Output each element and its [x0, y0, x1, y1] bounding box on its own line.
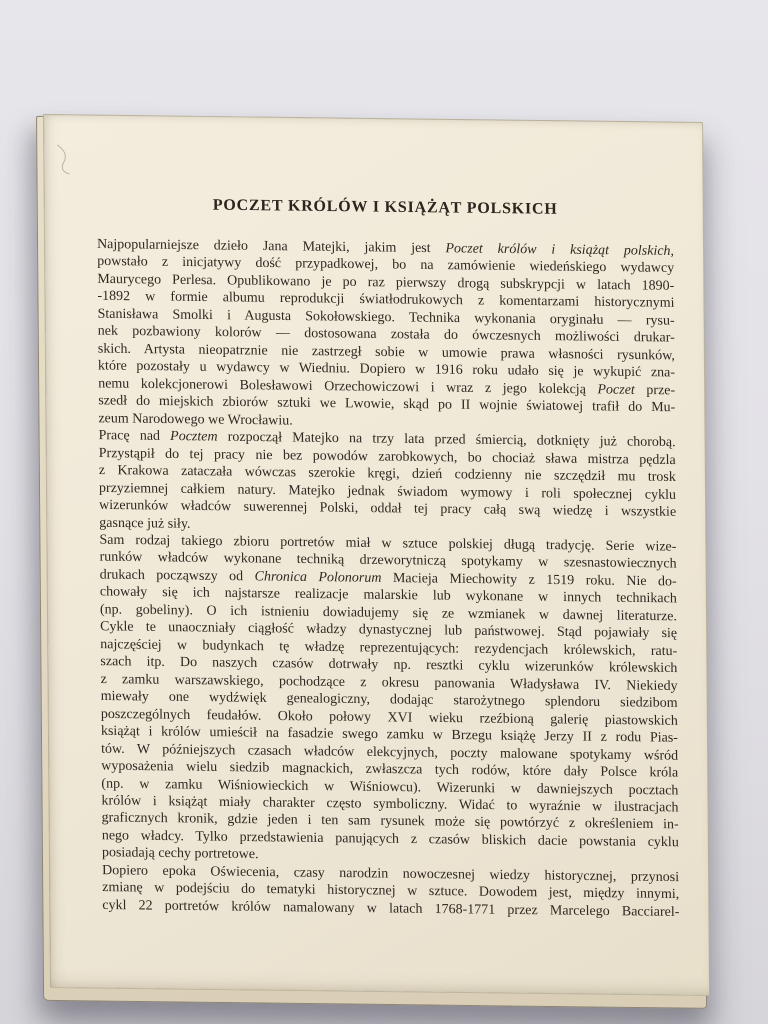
- page-title: POCZET KRÓLÓW I KSIĄŻĄT POLSKICH: [97, 195, 674, 220]
- photographed-book: POCZET KRÓLÓW I KSIĄŻĄT POLSKICH Najpopu…: [43, 114, 710, 996]
- dust-fiber: [53, 143, 79, 177]
- book-page: POCZET KRÓLÓW I KSIĄŻĄT POLSKICH Najpopu…: [43, 114, 710, 996]
- article-text: Najpopularniejsze dzieło Jana Matejki, j…: [97, 236, 679, 921]
